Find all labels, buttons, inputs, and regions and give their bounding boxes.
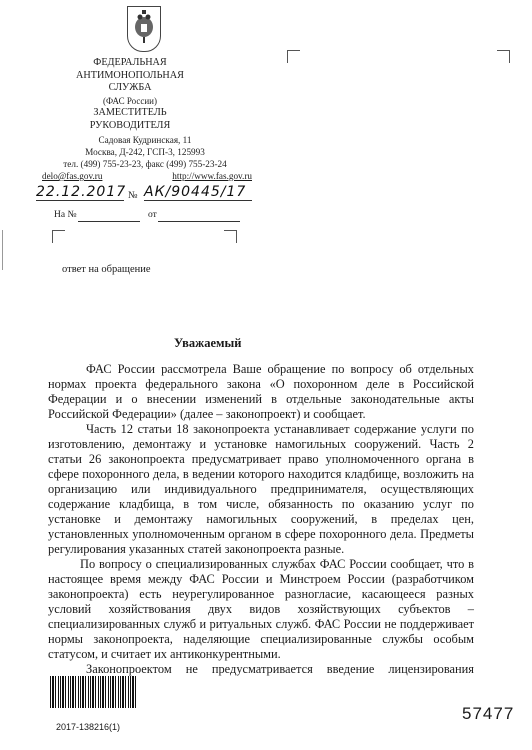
ref-date-field: [158, 220, 240, 222]
ref-number-label: На №: [54, 210, 77, 220]
registration-date: 22.12.2017: [36, 184, 124, 201]
corner-bracket-top-left: [52, 230, 65, 243]
address-line: тел. (499) 755-23-23, факс (499) 755-23-…: [30, 158, 260, 170]
paragraph: ФАС России рассмотрела Ваше обращение по…: [48, 362, 474, 422]
coat-of-arms-icon: [127, 6, 161, 52]
org-line: (ФАС России): [40, 95, 220, 108]
ref-from-label: от: [148, 210, 157, 220]
paragraph: Законопроектом не предусматривается введ…: [48, 662, 474, 677]
barcode-id: 2017-138216(1): [56, 722, 120, 732]
corner-bracket-top-left: [287, 50, 300, 63]
letter-body: ФАС России рассмотрела Ваше обращение по…: [48, 362, 474, 677]
corner-bracket-top-right: [497, 50, 510, 63]
number-label: №: [128, 190, 138, 201]
address-line: Москва, Д-242, ГСП-3, 125993: [30, 146, 260, 158]
registration-number: АК/90445/17: [144, 184, 252, 201]
page-stamp-number: 57477: [462, 704, 514, 724]
paragraph: Часть 12 статьи 18 законопроекта устанав…: [48, 422, 474, 557]
salutation: Уважаемый: [174, 336, 242, 351]
email-link[interactable]: delo@fas.gov.ru: [42, 171, 102, 181]
org-line: ФЕДЕРАЛЬНАЯ: [40, 57, 220, 70]
position-title: ЗАМЕСТИТЕЛЬ РУКОВОДИТЕЛЯ: [40, 107, 220, 132]
address-block: Садовая Кудринская, 11 Москва, Д-242, ГС…: [30, 134, 260, 170]
org-line: АНТИМОНОПОЛЬНАЯ: [40, 70, 220, 83]
position-line: ЗАМЕСТИТЕЛЬ: [40, 107, 220, 120]
org-line: СЛУЖБА: [40, 82, 220, 95]
contact-links: delo@fas.gov.ru http://www.fas.gov.ru: [42, 171, 252, 181]
org-name: ФЕДЕРАЛЬНАЯ АНТИМОНОПОЛЬНАЯ СЛУЖБА (ФАС …: [40, 57, 220, 107]
corner-bracket-top-right: [224, 230, 237, 243]
barcode: [50, 676, 136, 708]
ref-number-field: [78, 220, 140, 222]
position-line: РУКОВОДИТЕЛЯ: [40, 120, 220, 133]
paragraph: По вопросу о специализированных службах …: [48, 557, 474, 662]
address-line: Садовая Кудринская, 11: [30, 134, 260, 146]
website-link[interactable]: http://www.fas.gov.ru: [172, 171, 252, 181]
letter-subject: ответ на обращение: [62, 264, 151, 275]
scan-edge-mark: [2, 230, 3, 270]
